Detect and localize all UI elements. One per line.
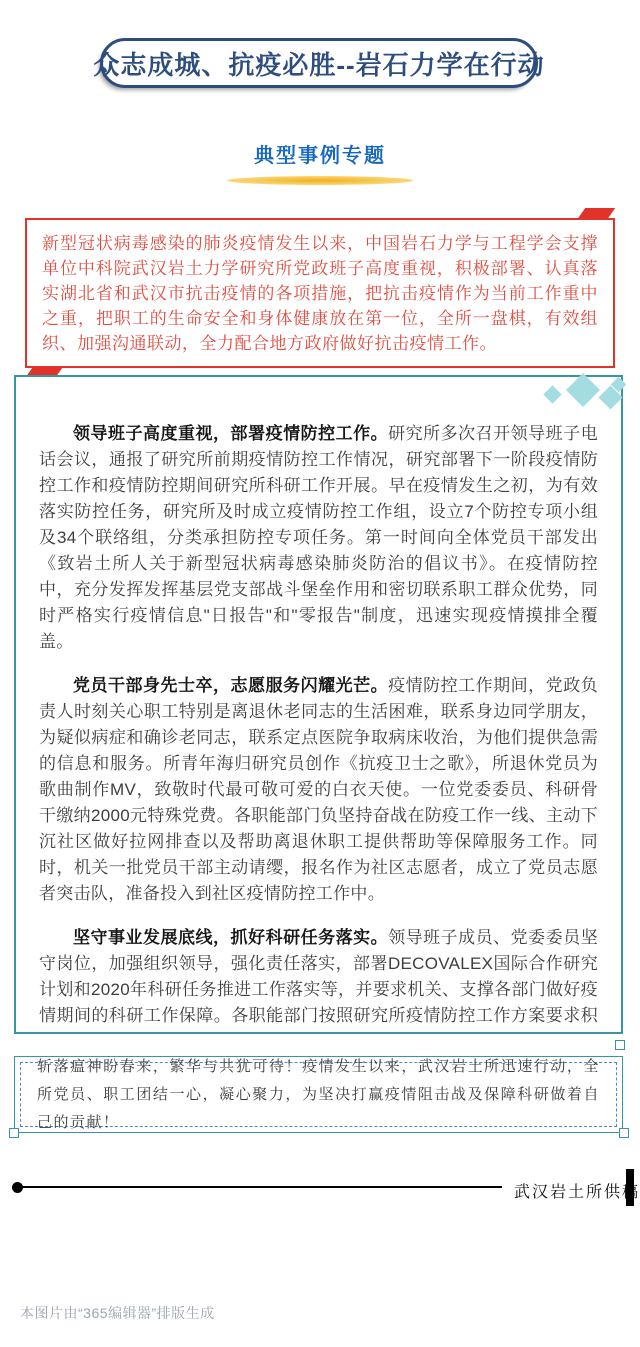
byline-divider-line	[22, 1186, 502, 1188]
paragraph-body: 疫情防控工作期间，党政负责人时刻关心职工特别是离退休老同志的生活困难，联系身边同…	[39, 676, 598, 903]
corner-square-decoration	[9, 1128, 19, 1138]
paragraph-body: 研究所多次召开领导班子电话会议，通报了研究所前期疫情防控工作情况，研究部署下一阶…	[39, 424, 598, 651]
closing-quote-inner: 斩落瘟神盼春来，繁华与共犹可待！疫情发生以来，武汉岩土所迅速行动，全所党员、职工…	[20, 1062, 617, 1127]
byline-bar-icon	[626, 1169, 634, 1206]
byline-row: 武汉岩土所供稿	[0, 1165, 640, 1213]
paragraph: 坚守事业发展底线，抓好科研任务落实。领导班子成员、党委委员坚守岗位，加强组织领导…	[39, 925, 598, 1034]
main-content-box: 领导班子高度重视，部署疫情防控工作。研究所多次召开领导班子电话会议，通报了研究所…	[14, 375, 623, 1034]
corner-square-decoration	[615, 1040, 625, 1050]
page-canvas: 众志成城、抗疫必胜--岩石力学在行动 典型事例专题 新型冠状病毒感染的肺炎疫情发…	[0, 0, 640, 1347]
badge-underline-decoration	[227, 176, 413, 185]
intro-box: 新型冠状病毒感染的肺炎疫情发生以来，中国岩石力学与工程学会支撑单位中科院武汉岩土…	[25, 218, 615, 368]
paragraph-lead: 党员干部身先士卒，志愿服务闪耀光芒。	[73, 676, 388, 695]
paragraph-lead: 坚守事业发展底线，抓好科研任务落实。	[73, 928, 388, 947]
intro-text: 新型冠状病毒感染的肺炎疫情发生以来，中国岩石力学与工程学会支撑单位中科院武汉岩土…	[42, 231, 598, 356]
paragraph-lead: 领导班子高度重视，部署疫情防控工作。	[73, 424, 388, 443]
footer-note: 本图片由“365编辑器”排版生成	[20, 1303, 215, 1323]
badge-label: 典型事例专题	[0, 139, 640, 168]
paragraph: 党员干部身先士卒，志愿服务闪耀光芒。疫情防控工作期间，党政负责人时刻关心职工特别…	[39, 673, 598, 907]
paragraph: 领导班子高度重视，部署疫情防控工作。研究所多次召开领导班子电话会议，通报了研究所…	[39, 421, 598, 655]
closing-text: 斩落瘟神盼春来，繁华与共犹可待！疫情发生以来，武汉岩土所迅速行动，全所党员、职工…	[37, 1053, 600, 1137]
corner-square-decoration	[619, 1128, 629, 1138]
page-title: 众志成城、抗疫必胜--岩石力学在行动	[93, 45, 544, 82]
red-ribbon-top-right	[577, 208, 615, 220]
title-pill: 众志成城、抗疫必胜--岩石力学在行动	[100, 38, 538, 88]
closing-quote-box: 斩落瘟神盼春来，繁华与共犹可待！疫情发生以来，武汉岩土所迅速行动，全所党员、职工…	[14, 1056, 623, 1133]
byline-text: 武汉岩土所供稿	[514, 1179, 640, 1202]
